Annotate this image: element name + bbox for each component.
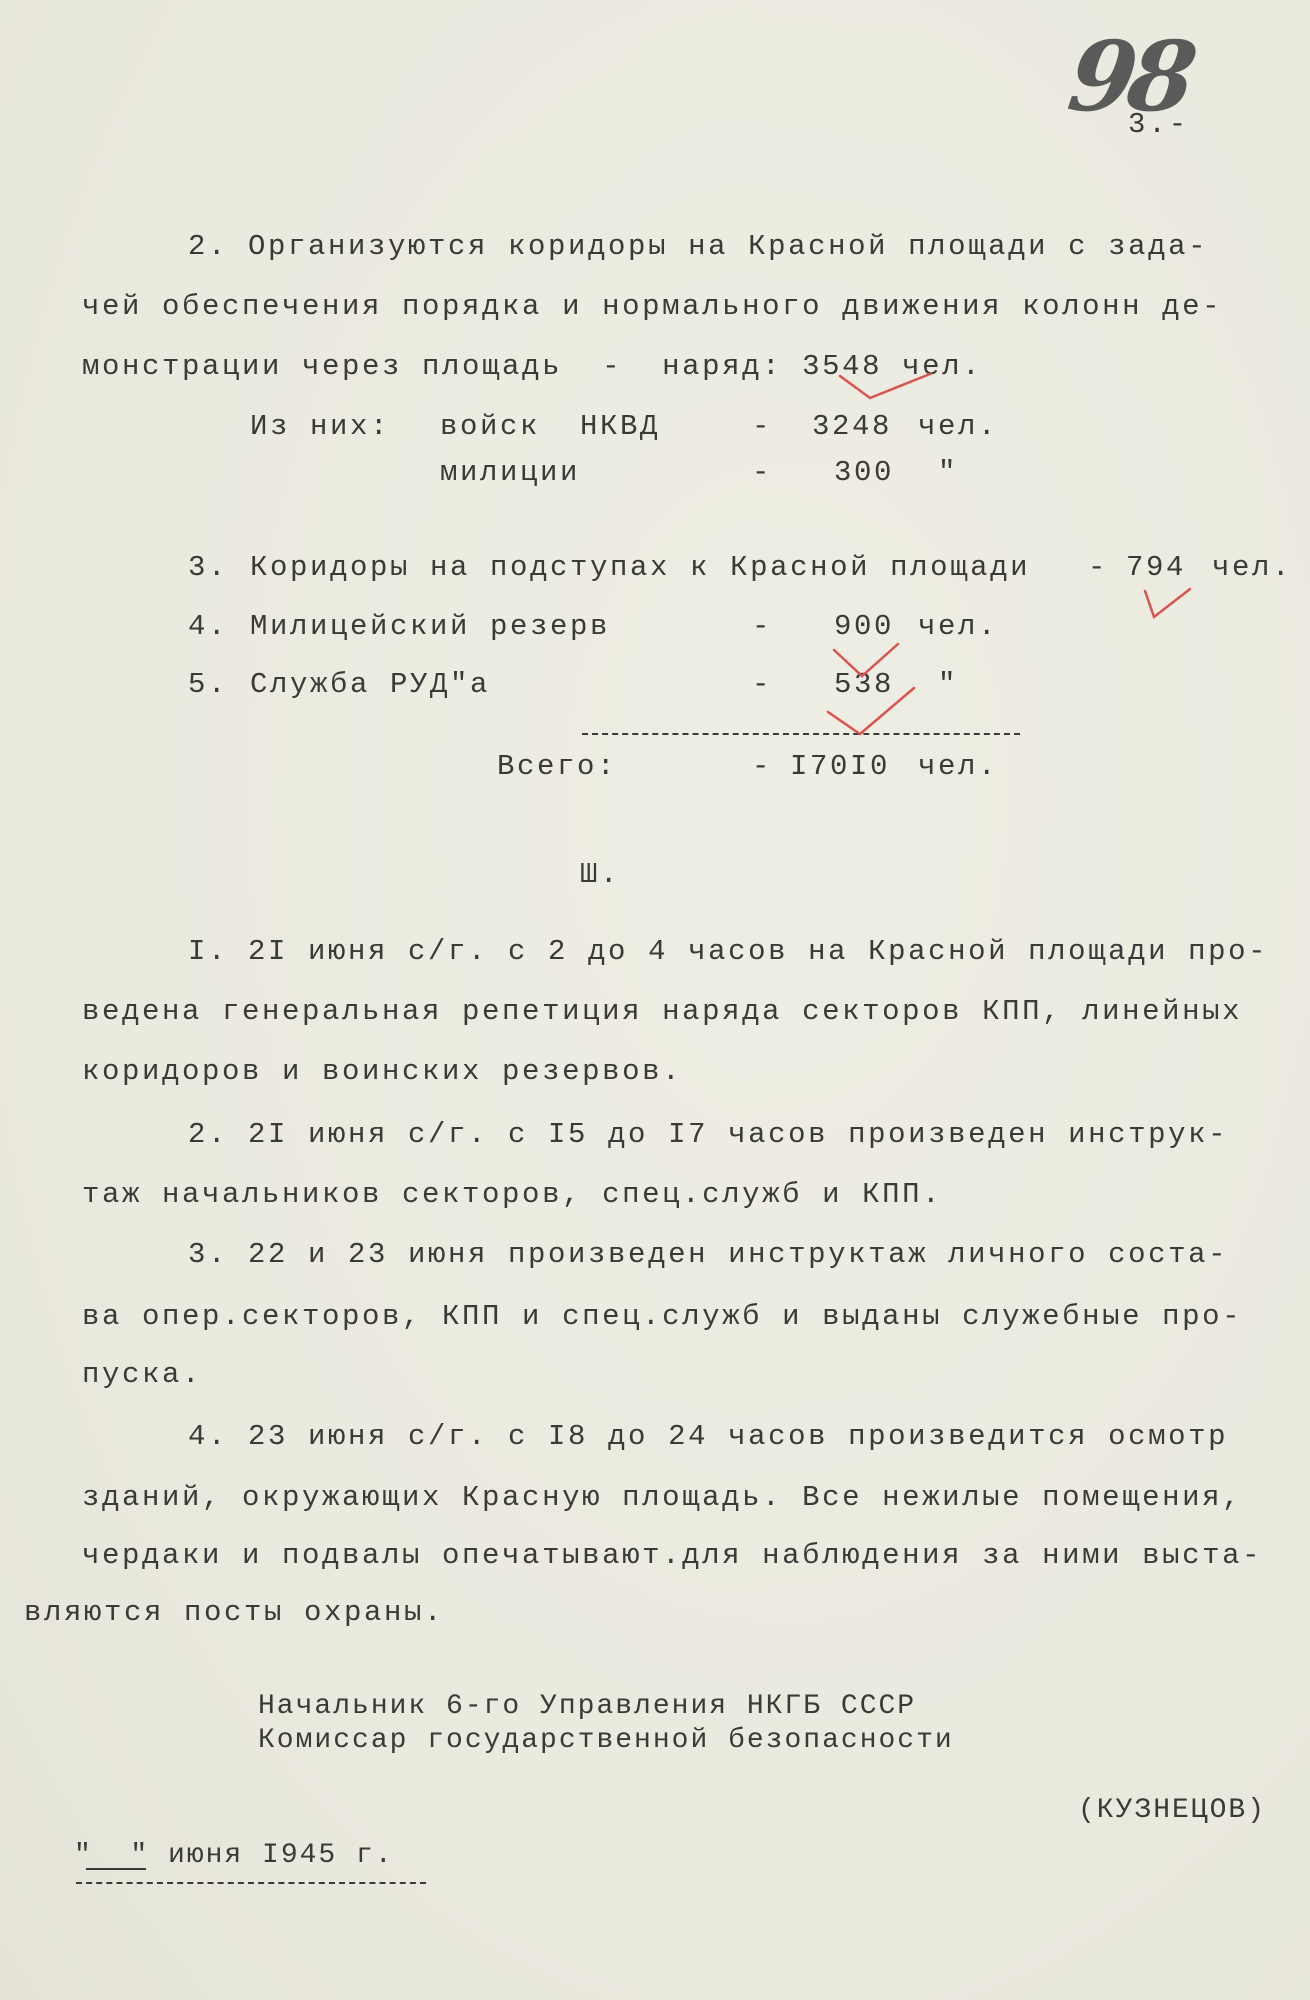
item-3-dash: - bbox=[1088, 553, 1108, 582]
item-4-unit: чел. bbox=[918, 612, 998, 641]
signatory-title-2: Комиссар государственной безопасности bbox=[258, 1727, 954, 1755]
breakdown-nkvd-value: 3248 bbox=[812, 412, 892, 441]
item-2-line-2: чей обеспечения порядка и нормального дв… bbox=[82, 292, 1222, 321]
breakdown-militia-dash: - bbox=[752, 458, 772, 487]
check-mark-icon bbox=[830, 368, 940, 408]
para-4-line-3: чердаки и подвалы опечатывают.для наблюд… bbox=[82, 1541, 1262, 1570]
check-mark-icon bbox=[824, 684, 924, 736]
total-unit: чел. bbox=[918, 752, 998, 781]
para-1-line-3: коридоров и воинских резервов. bbox=[82, 1057, 682, 1086]
check-mark-icon bbox=[828, 640, 908, 680]
signatory-title-1: Начальник 6-го Управления НКГБ СССР bbox=[258, 1693, 916, 1721]
item-3-value: 794 bbox=[1126, 553, 1186, 582]
check-mark-icon bbox=[1140, 585, 1200, 625]
item-5-unit: " bbox=[938, 670, 958, 699]
item-4-value: 900 bbox=[834, 612, 894, 641]
breakdown-nkvd-dash: - bbox=[752, 412, 772, 441]
breakdown-militia-label: милиции bbox=[440, 458, 580, 487]
total-value: I70I0 bbox=[790, 752, 890, 781]
para-4-line-1: 4. 23 июня с/г. с I8 до 24 часов произве… bbox=[188, 1422, 1228, 1451]
para-3-line-3: пуска. bbox=[82, 1360, 202, 1389]
para-4-line-2: зданий, окружающих Красную площадь. Все … bbox=[82, 1483, 1242, 1512]
para-1-line-2: ведена генеральная репетиция наряда сект… bbox=[82, 997, 1242, 1026]
total-label: Всего: bbox=[497, 752, 617, 781]
typed-page-number: 3.- bbox=[1128, 108, 1189, 141]
para-4-line-4: вляются посты охраны. bbox=[24, 1598, 444, 1627]
para-2-line-1: 2. 2I июня с/г. с I5 до I7 часов произве… bbox=[188, 1120, 1228, 1149]
item-3-number: 3. bbox=[188, 553, 228, 582]
item-4-number: 4. bbox=[188, 612, 228, 641]
item-5-number: 5. bbox=[188, 670, 228, 699]
document-page: 98 3.- 2. Организуются коридоры на Красн… bbox=[0, 0, 1310, 2000]
section-3-heading: Ш. bbox=[580, 860, 620, 889]
para-2-line-2: таж начальников секторов, спец.служб и К… bbox=[82, 1180, 942, 1209]
breakdown-nkvd-unit: чел. bbox=[918, 412, 998, 441]
item-5-label: Служба РУД"а bbox=[250, 670, 490, 699]
total-separator-line bbox=[582, 733, 1020, 735]
breakdown-militia-value: 300 bbox=[834, 458, 894, 487]
signatory-name: (КУЗНЕЦОВ) bbox=[1078, 1797, 1266, 1825]
item-4-label: Милицейский резерв bbox=[250, 612, 610, 641]
item-2-line-1: 2. Организуются коридоры на Красной площ… bbox=[188, 232, 1208, 261]
para-3-line-2: ва опер.секторов, КПП и спец.служб и выд… bbox=[82, 1302, 1242, 1331]
breakdown-militia-unit: " bbox=[938, 458, 958, 487]
para-3-line-1: 3. 22 и 23 июня произведен инструктаж ли… bbox=[188, 1240, 1228, 1269]
item-3-label: Коридоры на подступах к Красной площади bbox=[250, 553, 1030, 582]
breakdown-nkvd-label: войск НКВД bbox=[440, 412, 660, 441]
date-day-blank bbox=[86, 1868, 146, 1870]
date-underline bbox=[76, 1882, 426, 1884]
item-3-unit: чел. bbox=[1212, 553, 1292, 582]
breakdown-label: Из них: bbox=[250, 412, 390, 441]
document-date: " " июня I945 г. bbox=[74, 1842, 394, 1870]
item-4-dash: - bbox=[752, 612, 772, 641]
total-dash: - bbox=[752, 752, 772, 781]
item-5-dash: - bbox=[752, 670, 772, 699]
para-1-line-1: I. 2I июня с/г. с 2 до 4 часов на Красно… bbox=[188, 937, 1268, 966]
